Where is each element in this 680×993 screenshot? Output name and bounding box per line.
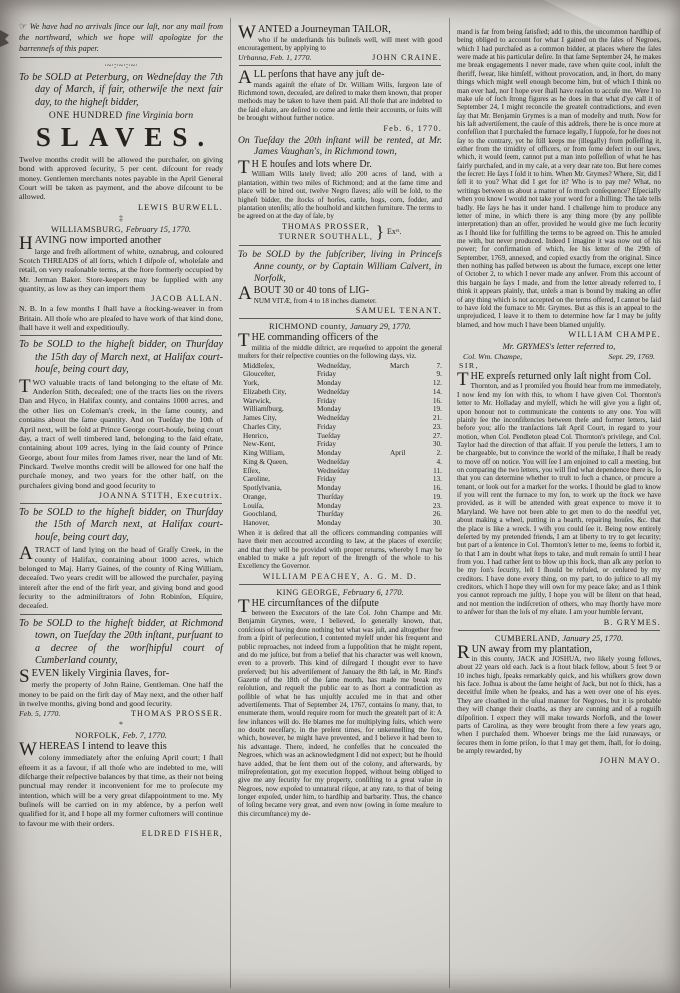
month: [390, 432, 426, 441]
drop-cap: T: [19, 378, 33, 394]
manicule-icon: ☞: [19, 22, 27, 32]
notice-militia-musters: RICHMOND county, January 29, 1770. THE c…: [238, 322, 442, 580]
executor-names: THOMAS PROSSER, TURNER SOUTHALL,: [279, 222, 373, 243]
divider: [239, 245, 441, 246]
body-text: colony immediately after the enſuing Apr…: [19, 753, 223, 827]
ad-vaughan-rental: On Tueſday the 20th inſtant will be rent…: [238, 135, 442, 243]
body-text: merly the property of John Raine, Gentle…: [19, 680, 223, 708]
month: [390, 414, 426, 423]
signature: JOHN MAYO.: [457, 756, 661, 765]
month: [390, 397, 426, 406]
column-left: ☞ We have had no arrivals ſince our laſt…: [12, 18, 230, 988]
month: [390, 475, 426, 484]
militia-row: Goochland,Thurſday26.: [243, 510, 442, 519]
ad-body: TWO valuable tracts of land belonging to…: [19, 378, 223, 490]
dateline-place: WILLIAMSBURG,: [51, 225, 123, 234]
ad-body: WHEREAS I intend to leave thiscolony imm…: [19, 741, 223, 828]
lead-line: EVEN likely Virginia ſlaves, for-: [19, 668, 223, 680]
signature: SAMUEL TENANT.: [238, 306, 442, 315]
body-text: NUM VITÆ, from 4 to 18 inches diameter.: [254, 297, 377, 305]
ad-slaves-sale: To be SOLD at Peterburg, on Wedneſday th…: [19, 72, 223, 212]
drop-cap: W: [238, 24, 258, 40]
dateline: RICHMOND county, January 29, 1770.: [238, 322, 442, 331]
ad-body: HAVING now imported anotherlarge and fre…: [19, 235, 223, 294]
body-text: Thornton, and as I promiſed you ſhould h…: [457, 382, 661, 616]
ad-date: Feb. 5, 1770.: [19, 709, 60, 718]
dateline-date: February 15, 1770.: [126, 225, 191, 234]
body-text: William Wills lately lived; alſo 200 acr…: [238, 170, 442, 220]
signature: THOMAS PROSSER.: [131, 709, 223, 718]
drop-cap: W: [19, 741, 39, 757]
month: [390, 502, 426, 511]
subline-italic: fine Virginia born: [126, 111, 194, 121]
ad-body: WANTED a Journeyman TAILOR,who if he und…: [238, 24, 442, 52]
divider: [458, 630, 660, 631]
dateline-date: January 29, 1770.: [350, 322, 411, 331]
addressee: Col. Wm. Champe,: [463, 352, 522, 361]
signature: B. GRYMES.: [457, 618, 661, 627]
drop-cap: A: [238, 69, 254, 85]
letter-subhead: Mr. GRYMES's letter referred to,: [457, 341, 661, 351]
body-text: mands againſt the eſtate of Dr. William …: [238, 81, 442, 122]
ad-heading: On Tueſday the 20th inſtant will be rent…: [238, 135, 442, 158]
divider: [239, 584, 441, 585]
divider: [20, 57, 222, 58]
body-text: large and freſh aſſortment of white, ozn…: [19, 247, 223, 293]
ad-body: ATRACT of land lying on the head of Graſ…: [19, 545, 223, 610]
ad-fisher-notice: NORFOLK, Feb. 7, 1770. WHEREAS I intend …: [19, 731, 223, 838]
dateline: CUMBERLAND, January 25, 1770.: [457, 634, 661, 643]
executors-block: THOMAS PROSSER, TURNER SOUTHALL, } Exʳˢ.: [238, 222, 442, 243]
body-text: in this county, JACK and JOSHUA, two lik…: [457, 655, 661, 755]
militia-row: Orange,Thurſday19.: [243, 493, 442, 502]
month: [390, 484, 426, 493]
ad-gaines-land: To be SOLD to the higheſt bidder, on Thu…: [19, 507, 223, 611]
divider: [20, 335, 222, 336]
ad-threads: WILLIAMSBURG, February 15, 1770. HAVING …: [19, 225, 223, 333]
dateline-date: February 6, 1770.: [343, 588, 404, 597]
drop-cap: H: [19, 235, 35, 251]
month: [390, 370, 426, 379]
lead-line: UN away from my plantation,: [457, 644, 661, 656]
letter-date: Sept. 29, 1769.: [608, 352, 655, 361]
ad-stith-land: To be SOLD to the higheſt bidder, on Thu…: [19, 339, 223, 499]
militia-row: Eſſex,Wedneſday11.: [243, 467, 442, 476]
signature: JACOB ALLAN.: [19, 294, 223, 303]
weekday: Monday: [317, 519, 390, 528]
subline-caps: ONE HUNDRED: [49, 111, 123, 121]
month: March: [390, 362, 426, 371]
lead-line: LL perſons that have any juſt de-: [238, 69, 442, 81]
day-number: 30.: [426, 519, 442, 528]
signature: JOHN CRAINE.: [372, 53, 442, 62]
month: [390, 423, 426, 432]
lead-line: AVING now imported another: [19, 235, 223, 247]
ornament-star: *: [19, 720, 223, 729]
drop-cap: A: [238, 285, 254, 301]
divider: [20, 614, 222, 615]
body-text: mand is far from being ſatisfied; add to…: [457, 28, 661, 329]
ad-body: SEVEN likely Virginia ſlaves, for-merly …: [19, 668, 223, 708]
letter-champe-dispute: KING GEORGE, February 6, 1770. THE circu…: [238, 588, 442, 818]
notice-body: THE commanding officers of themilitia of…: [238, 332, 442, 360]
dateline: NORFOLK, Feb. 7, 1770.: [19, 731, 223, 740]
column-middle: WANTED a Journeyman TAILOR,who if he und…: [230, 18, 449, 988]
lead-line: HE commanding officers of the: [238, 332, 442, 344]
ad-body: ABOUT 30 or 40 tons of LIG-NUM VITÆ, fro…: [238, 285, 442, 305]
month: [390, 493, 426, 502]
ad-body: TH E houſes and lots where Dr.William Wi…: [238, 159, 442, 221]
dateline: KING GEORGE, February 6, 1770.: [238, 588, 442, 597]
drop-cap: T: [457, 371, 471, 387]
ad-heading: To be SOLD to the higheſt bidder, at Ric…: [19, 618, 223, 668]
letter-address-line: Col. Wm. Champe,Sept. 29, 1769.: [463, 352, 655, 361]
militia-table: Middleſex,Wedneſday,March7. Glouceſter,F…: [243, 362, 442, 528]
body-text: who if he underſtands his buſineſs well,…: [238, 36, 442, 52]
ad-wills-estate: ALL perſons that have any juſt de-mands …: [238, 69, 442, 132]
display-headline: SLAVES.: [19, 122, 223, 153]
body-text: WO valuable tracts of land belonging to …: [19, 378, 223, 490]
signature-line: Feb. 5, 1770.THOMAS PROSSER.: [19, 709, 223, 718]
signature: JOANNA STITH, Executrix.: [19, 491, 223, 500]
lead-line: H E houſes and lots where Dr.: [238, 159, 442, 171]
lead-line: BOUT 30 or 40 tons of LIG-: [238, 285, 442, 297]
lead-line: HE circumſtances of the diſpute: [238, 598, 442, 610]
ad-heading: To be SOLD by the ſubſcriber, living in …: [238, 249, 442, 284]
dateline-place: NORFOLK,: [75, 731, 120, 740]
drop-cap: T: [238, 159, 252, 175]
dateline-date: January 25, 1770.: [562, 634, 623, 643]
executor-1: THOMAS PROSSER,: [279, 222, 373, 232]
militia-row: Elizabeth City,Wedneſday14.: [243, 388, 442, 397]
ink-smudge: [0, 28, 9, 48]
ornament-squiggle: ·~·:·~·:·~·: [19, 61, 223, 70]
month: [390, 510, 426, 519]
letter-body: THE circumſtances of the diſputebetween …: [238, 598, 442, 818]
signature: WILLIAM PEACHEY, A. G. M. D.: [238, 572, 442, 581]
lead-line: HE expreſs returned only laſt night from…: [457, 371, 661, 383]
militia-row: Hanover,Monday30.: [243, 519, 442, 528]
letter-body: THE expreſs returned only laſt night fro…: [457, 371, 661, 617]
signature-line: Urbanna, Feb. 1, 1770.JOHN CRAINE.: [238, 53, 442, 62]
ad-runaway-notice: CUMBERLAND, January 25, 1770. RUN away f…: [457, 634, 661, 766]
drop-cap: T: [238, 332, 252, 348]
salutation: SIR,: [459, 361, 661, 370]
dateline-date: Feb. 7, 1770.: [122, 731, 166, 740]
ad-seven-slaves: To be SOLD to the higheſt bidder, at Ric…: [19, 618, 223, 719]
ad-heading: To be SOLD to the higheſt bidder, on Thu…: [19, 339, 223, 376]
ad-body: ALL perſons that have any juſt de-mands …: [238, 69, 442, 122]
ad-heading: To be SOLD at Peterburg, on Wedneſday th…: [19, 72, 223, 109]
executor-role: Exʳˢ.: [387, 227, 401, 236]
ad-body: RUN away from my plantation,in this coun…: [457, 644, 661, 756]
executor-2: TURNER SOUTHALL,: [279, 232, 373, 242]
dateline-place: CUMBERLAND,: [495, 634, 560, 643]
divider: [239, 65, 441, 66]
drop-cap: T: [238, 598, 252, 614]
ad-date: Feb. 6, 1770.: [238, 124, 442, 133]
newspaper-page: ☞ We have had no arrivals ſince our laſt…: [0, 0, 680, 993]
body-text: between the Executors of the late Col. J…: [238, 609, 442, 818]
divider: [20, 503, 222, 504]
brace-glyph: }: [376, 222, 384, 242]
letter-champe-continued: mand is far from being ſatisfied; add to…: [457, 28, 661, 339]
editor-note: ☞ We have had no arrivals ſince our laſt…: [19, 22, 223, 54]
dateline: WILLIAMSBURG, February 15, 1770.: [19, 225, 223, 234]
month: [390, 458, 426, 467]
body-text: militia of the middle diſtrict, are requ…: [238, 344, 442, 360]
dateline-place: KING GEORGE,: [276, 588, 340, 597]
county: Hanover,: [243, 519, 317, 528]
ad-lignum-vitae: To be SOLD by the ſubſcriber, living in …: [238, 249, 442, 315]
divider: [239, 318, 441, 319]
month: [390, 467, 426, 476]
ad-date: Urbanna, Feb. 1, 1770.: [238, 53, 311, 62]
ornament-cross: ‡: [19, 214, 223, 223]
ad-tailor-wanted: WANTED a Journeyman TAILOR,who if he und…: [238, 24, 442, 62]
month: [390, 379, 426, 388]
lead-line: HEREAS I intend to leave this: [19, 741, 223, 753]
signature: ELDRED FISHER,: [19, 829, 223, 838]
month: [390, 388, 426, 397]
signature: WILLIAM CHAMPE.: [457, 330, 661, 339]
nota-bene: N. B. In a few months I ſhall have a ſto…: [19, 304, 223, 332]
drop-cap: S: [19, 668, 32, 684]
drop-cap: R: [457, 644, 472, 660]
month: [390, 519, 426, 528]
militia-row: Glouceſter,Friday9.: [243, 370, 442, 379]
drop-cap: A: [19, 545, 35, 561]
dateline-place: RICHMOND county,: [269, 322, 347, 331]
letter-body: mand is far from being ſatisfied; add to…: [457, 28, 661, 329]
letter-grymes: Mr. GRYMES's letter referred to, Col. Wm…: [457, 341, 661, 627]
ad-body: Twelve months credit will be allowed the…: [19, 155, 223, 202]
editor-note-text: We have had no arrivals ſince our laſt, …: [19, 22, 223, 53]
month: April: [390, 449, 426, 458]
signature: LEWIS BURWELL.: [19, 203, 223, 212]
militia-row: Charles City,Friday23.: [243, 423, 442, 432]
ad-subline: ONE HUNDRED fine Virginia born: [19, 111, 223, 121]
column-right: mand is far from being ſatisfied; add to…: [449, 18, 668, 988]
month: [390, 405, 426, 414]
notice-postscript: When it is deſired that all the officers…: [238, 529, 442, 571]
ad-heading: To be SOLD to the higheſt bidder, on Thu…: [19, 507, 223, 544]
lead-line: ANTED a Journeyman TAILOR,: [238, 24, 442, 36]
columns: ☞ We have had no arrivals ſince our laſt…: [12, 18, 668, 988]
body-text: TRACT of land lying on the head of Graſſ…: [19, 545, 223, 610]
